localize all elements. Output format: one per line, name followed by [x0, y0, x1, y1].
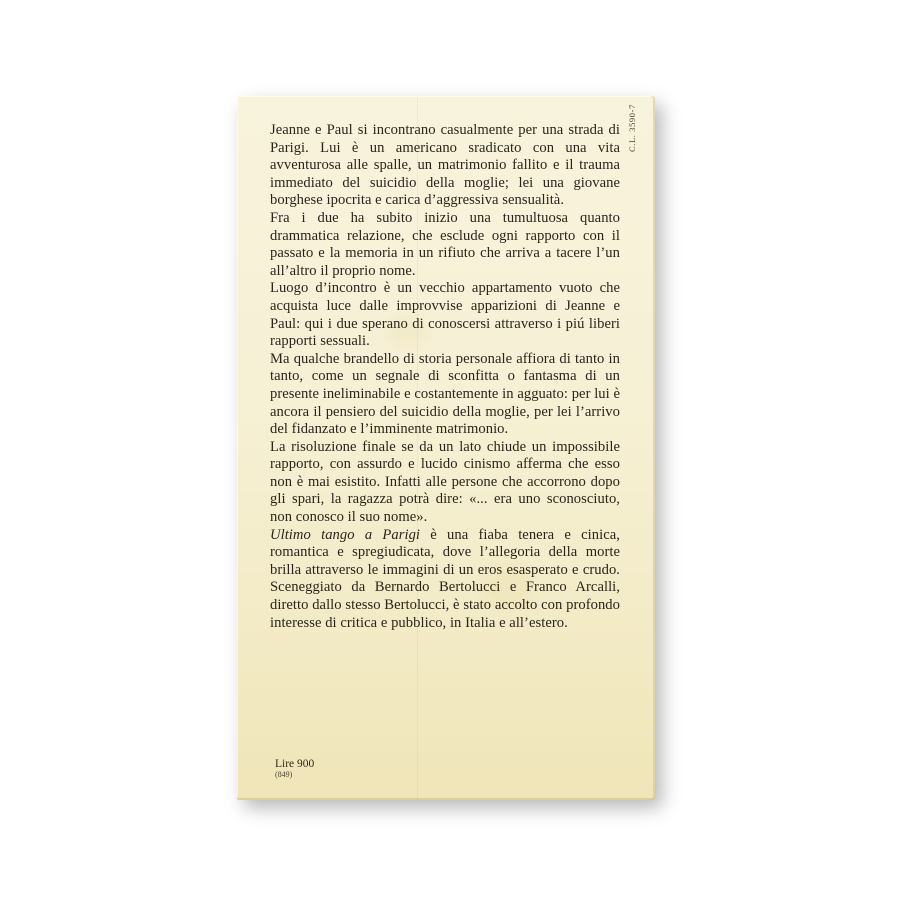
blurb-paragraph: Jeanne e Paul si incontrano casualmente … — [270, 122, 620, 210]
book-title: Ultimo tango a Parigi — [270, 527, 420, 543]
blurb-paragraph-final: Ultimo tango a Parigi è una fiaba tenera… — [270, 527, 620, 633]
blurb-paragraph: La risoluzione finale se da un lato chiu… — [270, 439, 620, 527]
scene: C.L. 3590-7 Jeanne e Paul si incontrano … — [0, 0, 900, 900]
price-code: (849) — [275, 770, 314, 780]
price: Lire 900 — [275, 758, 314, 770]
blurb-paragraph: Luogo d’incontro è un vecchio appartamen… — [270, 280, 620, 350]
catalog-code: C.L. 3590-7 — [627, 104, 643, 184]
blurb-paragraph: Ma qualche brandello di storia personale… — [270, 351, 620, 439]
blurb-paragraph: Fra i due ha subito inizio una tumultuos… — [270, 210, 620, 280]
blurb-text: Jeanne e Paul si incontrano casualmente … — [270, 122, 620, 632]
book-back-cover: C.L. 3590-7 Jeanne e Paul si incontrano … — [237, 96, 655, 800]
price-block: Lire 900 (849) — [275, 758, 314, 780]
